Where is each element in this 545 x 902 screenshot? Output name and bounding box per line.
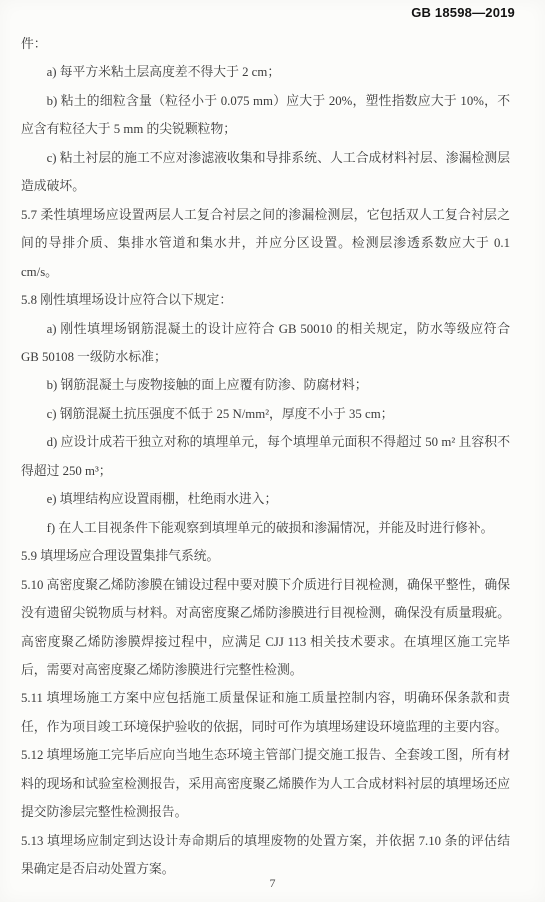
document-page: GB 18598—2019 件：a) 每平方米粘土层高度差不得大于 2 cm；b…	[0, 0, 545, 902]
paragraph: 件：	[21, 30, 510, 58]
standard-number-header: GB 18598—2019	[411, 5, 515, 20]
paragraph: b) 钢筋混凝土与废物接触的面上应覆有防渗、防腐材料；	[21, 371, 510, 399]
paragraph: b) 粘土的细粒含量（粒径小于 0.075 mm）应大于 20%，塑性指数应大于…	[21, 87, 510, 144]
paragraph: d) 应设计成若干独立对称的填埋单元，每个填埋单元面积不得超过 50 m² 且容…	[21, 428, 510, 485]
paragraph: 5.8 刚性填埋场设计应符合以下规定：	[21, 286, 510, 314]
paragraph: a) 每平方米粘土层高度差不得大于 2 cm；	[21, 58, 510, 86]
paragraph: c) 粘土衬层的施工不应对渗滤液收集和导排系统、人工合成材料衬层、渗漏检测层造成…	[21, 144, 510, 201]
page-number: 7	[0, 876, 545, 891]
paragraph: 5.12 填埋场施工完毕后应向当地生态环境主管部门提交施工报告、全套竣工图，所有…	[21, 741, 510, 826]
paragraph: 5.10 高密度聚乙烯防渗膜在铺设过程中要对膜下介质进行目视检测，确保平整性，确…	[21, 571, 510, 685]
paragraph: e) 填埋结构应设置雨棚，杜绝雨水进入；	[21, 485, 510, 513]
paragraph: 5.9 填埋场应合理设置集排气系统。	[21, 542, 510, 570]
document-body: 件：a) 每平方米粘土层高度差不得大于 2 cm；b) 粘土的细粒含量（粒径小于…	[21, 30, 510, 884]
paragraph: c) 钢筋混凝土抗压强度不低于 25 N/mm²，厚度不小于 35 cm；	[21, 400, 510, 428]
paragraph: 5.7 柔性填埋场应设置两层人工复合衬层之间的渗漏检测层，它包括双人工复合衬层之…	[21, 201, 510, 286]
paragraph: 5.11 填埋场施工方案中应包括施工质量保证和施工质量控制内容，明确环保条款和责…	[21, 684, 510, 741]
paragraph: a) 刚性填埋场钢筋混凝土的设计应符合 GB 50010 的相关规定，防水等级应…	[21, 315, 510, 372]
paragraph: f) 在人工目视条件下能观察到填埋单元的破损和渗漏情况，并能及时进行修补。	[21, 514, 510, 542]
